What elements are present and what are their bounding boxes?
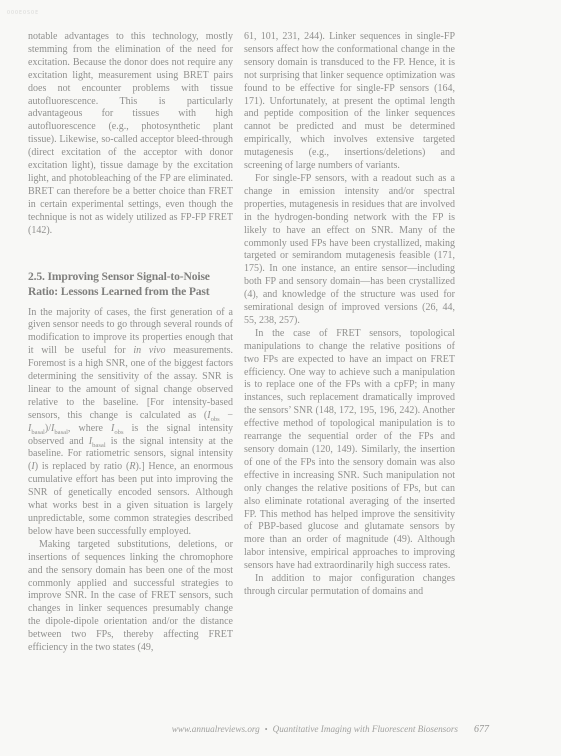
footer-page-number: 677 [474,724,489,735]
paragraph-linker-substitutions: Making targeted substitutions, deletions… [28,539,233,655]
footer-article-title: Quantitative Imaging with Fluorescent Bi… [273,724,458,734]
left-text-column: notable advantages to this technology, m… [28,31,233,655]
paragraph-fret-topology: In the case of FRET sensors, topological… [244,328,455,573]
paragraph-snr-definition: In the majority of cases, the first gene… [28,307,233,539]
paragraph-single-fp-mutagenesis: For single-FP sensors, with a readout su… [244,173,455,328]
paragraph-bret-advantages: notable advantages to this technology, m… [28,31,233,238]
section-heading-line-1: 2.5. Improving Sensor Signal-to-Noise [28,269,233,284]
footer-site-url: www.annualreviews.org [172,724,260,734]
page-footer: www.annualreviews.org • Quantitative Ima… [0,724,489,735]
paragraph-configuration-changes: In addition to major configuration chang… [244,573,455,599]
right-text-column: 61, 101, 231, 244). Linker sequences in … [244,31,455,599]
section-heading-line-2: Ratio: Lessons Learned from the Past [28,284,233,299]
journal-page: OOOEOSOE notable advantages to this tech… [0,0,561,756]
paragraph-linker-continued: 61, 101, 231, 244). Linker sequences in … [244,31,455,173]
corner-watermark-code: OOOEOSOE [7,10,39,16]
section-heading-2-5: 2.5. Improving Sensor Signal-to-Noise Ra… [28,269,233,299]
footer-bullet-separator: • [265,725,268,734]
